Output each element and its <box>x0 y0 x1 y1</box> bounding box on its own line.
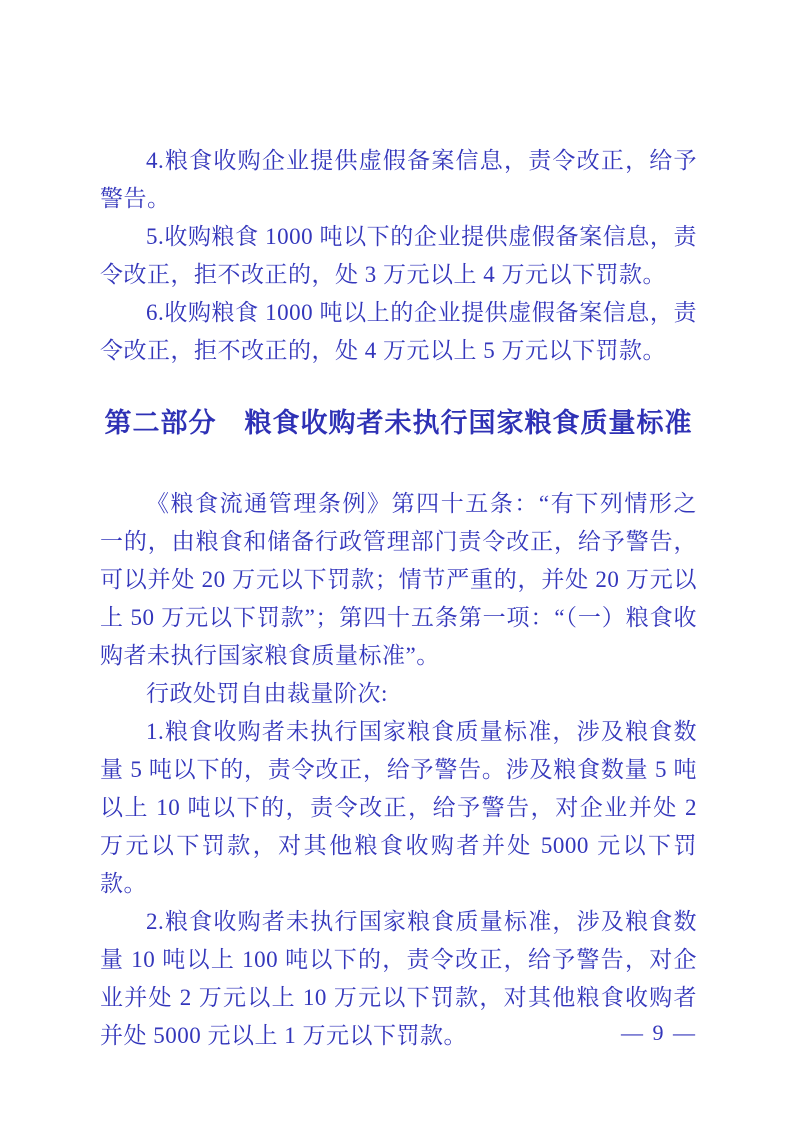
section-heading: 第二部分 粮食收购者未执行国家粮食质量标准 <box>100 403 697 443</box>
paragraph-item-1: 1.粮食收购者未执行国家粮食质量标准，涉及粮食数量 5 吨以下的，责令改正，给予… <box>100 713 697 903</box>
paragraph-item-2: 2.粮食收购者未执行国家粮食质量标准，涉及粮食数量 10 吨以上 100 吨以下… <box>100 903 697 1055</box>
page-number: — 9 — <box>621 1020 697 1046</box>
paragraph-item-5: 5.收购粮食 1000 吨以下的企业提供虚假备案信息，责令改正，拒不改正的，处 … <box>100 218 697 294</box>
paragraph-item-6: 6.收购粮食 1000 吨以上的企业提供虚假备案信息，责令改正，拒不改正的，处 … <box>100 294 697 370</box>
paragraph-item-4: 4.粮食收购企业提供虚假备案信息，责令改正，给予警告。 <box>100 142 697 218</box>
paragraph-discretion-label: 行政处罚自由裁量阶次: <box>100 675 697 713</box>
content-area: 4.粮食收购企业提供虚假备案信息，责令改正，给予警告。 5.收购粮食 1000 … <box>100 142 697 1055</box>
document-page: 4.粮食收购企业提供虚假备案信息，责令改正，给予警告。 5.收购粮食 1000 … <box>0 0 793 1122</box>
paragraph-regulation-quote: 《粮食流通管理条例》第四十五条：“有下列情形之一的，由粮食和储备行政管理部门责令… <box>100 485 697 675</box>
